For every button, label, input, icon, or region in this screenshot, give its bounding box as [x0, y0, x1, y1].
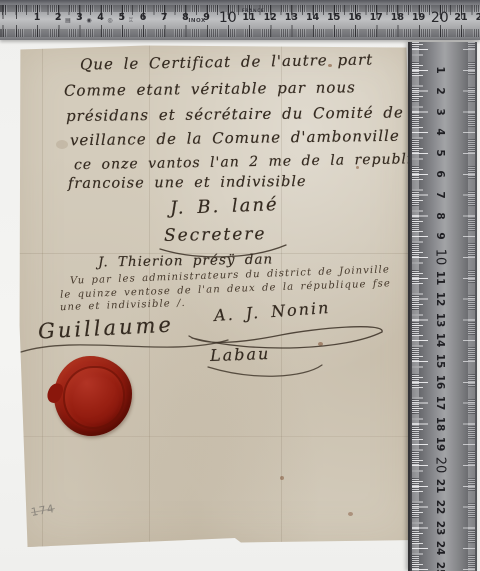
manuscript-page: Que le Certificat de l'autre part Comme … [18, 44, 416, 547]
fox-stain [56, 140, 68, 149]
ruler-number: 16 [348, 12, 361, 23]
fold-line [18, 436, 416, 437]
ruler-number: 20 [431, 10, 449, 26]
ruler-cm-ticks [0, 25, 480, 37]
ruler-number: 6 [140, 12, 147, 23]
manuscript-line: ce onze vantos l'an 2 me de la republiqu… [74, 151, 442, 173]
ruler-number: 15 [434, 354, 446, 369]
photo-stage: Que le Certificat de l'autre part Comme … [0, 0, 480, 571]
ruler-number: 4 [97, 12, 104, 23]
ruler-number: 17 [370, 12, 383, 23]
manuscript-line: Comme etant véritable par nous [64, 78, 356, 100]
ruler-number: 13 [434, 312, 446, 327]
pencil-inventory-number: 174 [30, 502, 56, 519]
ruler-number: 2 [434, 87, 446, 94]
certification-mark-icon: ◎ [107, 17, 112, 24]
ruler-cm-ticks [463, 42, 475, 571]
president-line: J. Thierion présÿ dan [98, 251, 273, 270]
france-label: FRANCE [242, 9, 265, 14]
ruler-number: 6 [434, 170, 446, 177]
ruler-number: 10 [433, 249, 448, 266]
ruler-number: 21 [454, 12, 467, 23]
manuscript-line: veillance de la Comune d'ambonville [70, 127, 400, 150]
ruler-number: 1 [34, 12, 41, 23]
fox-stain [348, 512, 353, 516]
manuscript-line: présidans et sécrétaire du Comité de sur [66, 103, 441, 125]
ruler-number: 5 [434, 150, 446, 157]
inox-label: INOX [188, 18, 205, 24]
ruler-number: 12 [434, 291, 446, 306]
signature-left: Guillaume [37, 312, 174, 343]
ruler-number: 17 [434, 395, 446, 410]
ruler-number: 22 [434, 499, 446, 514]
ruler-number: 16 [434, 375, 446, 390]
ruler-number: 19 [434, 437, 446, 452]
ruler-number: 24 [434, 541, 446, 556]
manuscript-line: Que le Certificat de l'autre part [80, 50, 374, 73]
ruler-number: 25 [434, 562, 446, 571]
side-ruler: 1234567891011121314151617181920212223242… [408, 42, 477, 571]
certification-mark-icon: ♖ [128, 17, 133, 24]
top-ruler: 12345678910111213141516171819202122 ▤◉◎♖… [0, 0, 480, 40]
ruler-number: 9 [434, 233, 446, 240]
certification-mark-icon: ◉ [86, 17, 91, 24]
ruler-number: 7 [434, 191, 446, 198]
ruler-number: 21 [434, 479, 446, 494]
ruler-number: 23 [434, 520, 446, 535]
ruler-number: 15 [327, 12, 340, 23]
ruler-number: 3 [434, 108, 446, 115]
ruler-number: 12 [264, 12, 277, 23]
fold-line [42, 44, 43, 547]
ruler-number: 18 [391, 12, 404, 23]
ruler-number: 4 [434, 129, 446, 136]
ruler-number: 5 [118, 12, 125, 23]
fox-stain [280, 476, 284, 480]
ruler-number: 10 [219, 10, 237, 26]
manuscript-line: francoise une et indivisible [68, 174, 307, 192]
ruler-number: 11 [434, 271, 446, 286]
signature-jb-lane: J. B. lané [170, 194, 279, 219]
signature-center: Labau [210, 344, 271, 365]
ruler-cm-ticks [0, 5, 480, 19]
ruler-number: 20 [433, 457, 448, 474]
fox-stain [318, 342, 323, 346]
ruler-number: 7 [161, 12, 168, 23]
secretary-title: Secretere [164, 224, 267, 246]
red-wax-seal [54, 356, 132, 436]
ruler-number: 2 [55, 12, 62, 23]
ruler-number: 14 [306, 12, 319, 23]
signature-right: A. J. Nonin [213, 298, 330, 325]
ruler-number: 14 [434, 333, 446, 348]
ruler-number: 3 [76, 12, 83, 23]
ruler-cm-ticks [412, 42, 428, 571]
ruler-number: 13 [285, 12, 298, 23]
ruler-number: 19 [412, 12, 425, 23]
ruler-number: 8 [434, 212, 446, 219]
certification-mark-icon: ▤ [65, 17, 71, 24]
ruler-number: 1 [434, 66, 446, 73]
ruler-number: 22 [476, 12, 480, 23]
ruler-number: 18 [434, 416, 446, 431]
